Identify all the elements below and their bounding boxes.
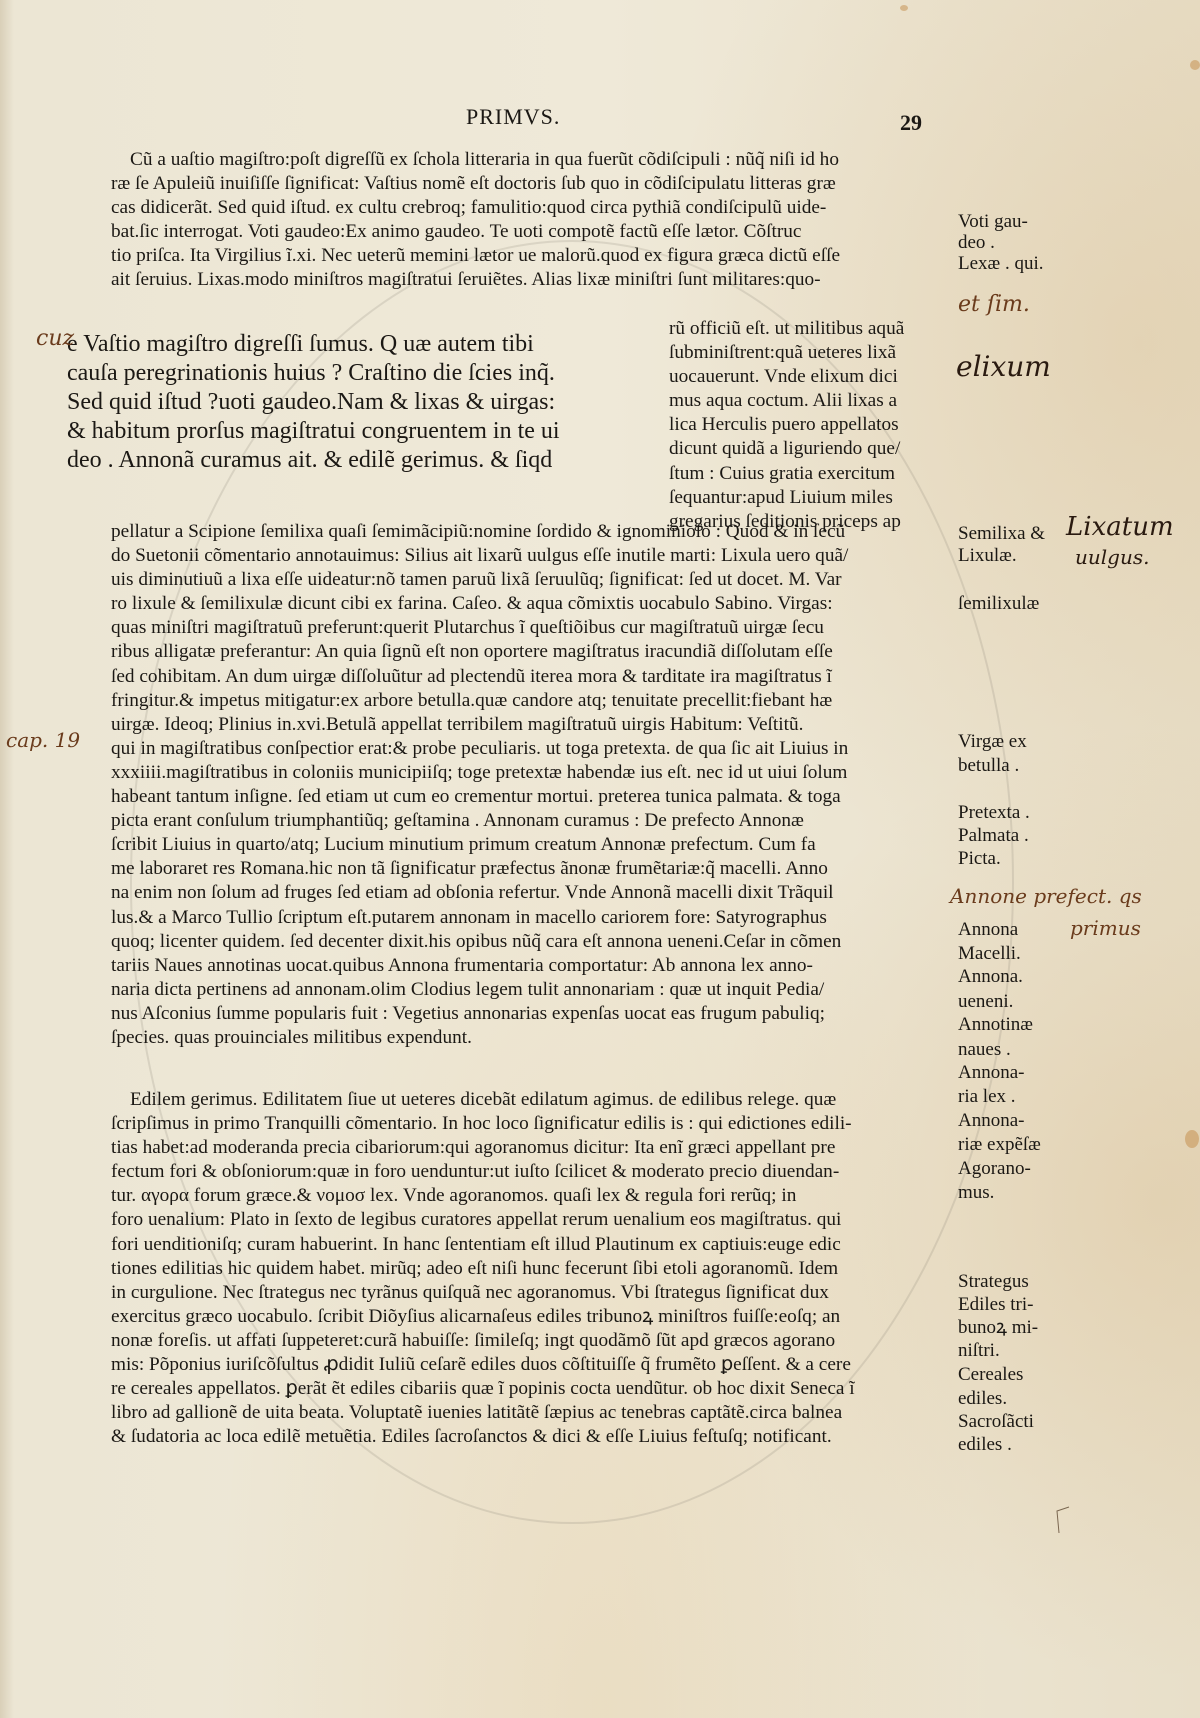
text-line: xxxiiii.magiſtratibus in coloniis munici…: [111, 761, 937, 785]
text-line: tias habet:ad moderanda precia cibarioru…: [111, 1136, 937, 1160]
side-note: Ediles tri-: [958, 1295, 1033, 1316]
text-line: ſpecies. quas prouinciales militibus exp…: [111, 1026, 937, 1050]
handwritten-annotation: et ſim.: [958, 292, 1030, 317]
handwritten-annotation: cuz: [36, 326, 74, 351]
side-note: ſemilixulæ: [958, 594, 1039, 615]
foxing-spot: [1190, 60, 1200, 70]
text-line: ait ſeruius. Lixas.modo miniſtros magiſt…: [111, 268, 931, 292]
side-note: Annona-: [958, 1111, 1024, 1132]
text-line: re cereales appellatos. ꝑerãt ẽt ediles …: [111, 1377, 937, 1401]
text-line: quas miniſtri magiſtratuũ preferunt:quer…: [111, 616, 937, 640]
text-line: tariis Naues annotinas uocat.quibus Anno…: [111, 954, 937, 978]
side-note: naues .: [958, 1040, 1011, 1061]
text-line: bat.ſic interrogat. Voti gaudeo:Ex animo…: [111, 220, 931, 244]
text-line: na enim non ſolum ad fruges ſed etiam ad…: [111, 881, 937, 905]
side-note: Picta.: [958, 849, 1001, 870]
commentary-middle: pellatur a Scipione ſemilixa quaſi ſemim…: [111, 520, 937, 1050]
text-line: dicunt quidã a liguriendo que/: [669, 437, 949, 461]
text-line: nus Aſconius ſumme popularis fuit : Vege…: [111, 1002, 937, 1026]
text-line: quoq; licenter quidem. ſed decenter dixi…: [111, 930, 937, 954]
text-line: libro ad gallionẽ de uita beata. Volupta…: [111, 1401, 937, 1425]
text-line: fectum fori & obſoniorum:quæ in foro uen…: [111, 1160, 937, 1184]
side-note: Annona: [958, 920, 1018, 941]
handwritten-annotation: cap. 19: [6, 728, 80, 752]
side-note: Palmata .: [958, 826, 1029, 847]
text-line: ſed cohibitam. An dum uirgæ diſſoluũtur …: [111, 665, 937, 689]
lemma-line: cauſa peregrinationis huius ? Craſtino d…: [67, 359, 662, 388]
side-note: ria lex .: [958, 1087, 1016, 1108]
text-line: ſcripſimus in primo Tranquilli cõmentari…: [111, 1112, 937, 1136]
text-line: uirgæ. Ideoq; Plinius in.xvi.Betulã appe…: [111, 713, 937, 737]
text-line: tur. αγορα forum græce.& νομοσ lex. Vnde…: [111, 1184, 937, 1208]
side-note: Macelli.: [958, 944, 1021, 965]
handwritten-annotation: Lixatum: [1066, 512, 1174, 542]
text-line: qui in magiſtratibus conſpectior erat:& …: [111, 737, 937, 761]
book-page: PRIMVS. 29 Cũ a uaſtio magiſtro:poſt dig…: [0, 0, 1200, 1718]
handwritten-annotation: primus: [1070, 916, 1141, 940]
text-line: ro lixule & ſemilixulæ dicunt cibi ex fa…: [111, 592, 937, 616]
foxing-spot: [1185, 1130, 1199, 1148]
text-line: ræ ſe Apuleiũ inuiſiſſe ſignificat: Vaſt…: [111, 172, 931, 196]
side-note: Annotinæ: [958, 1015, 1033, 1036]
side-note: mus.: [958, 1183, 994, 1204]
text-line: tiones edilitias hic quidem habet. mirũq…: [111, 1257, 937, 1281]
handwritten-annotation: Annone prefect. qs: [950, 884, 1142, 908]
lemma-line: & habitum prorſus magiſtratui congruente…: [67, 417, 662, 446]
text-line: mus aqua coctum. Alii lixas a: [669, 389, 949, 413]
commentary-bottom: Edilem gerimus. Edilitatem ſiue ut ueter…: [111, 1088, 937, 1449]
text-line: & ſudatoria ac loca edilẽ metuẽtia. Edil…: [111, 1425, 937, 1449]
side-note: Voti gau-: [958, 212, 1028, 233]
side-note: Lexæ . qui.: [958, 254, 1044, 275]
side-note: Cereales: [958, 1365, 1023, 1386]
lemma-line: e Vaſtio magiſtro digreſſi ſumus. Q uæ a…: [67, 330, 662, 359]
folio-number: 29: [900, 110, 922, 136]
commentary-narrow-column: rũ officiũ eſt. ut militibus aquã ſubmin…: [669, 317, 949, 534]
side-note: deo .: [958, 233, 995, 254]
side-note: Lixulæ.: [958, 546, 1017, 567]
text-line: rũ officiũ eſt. ut militibus aquã: [669, 317, 949, 341]
text-line: picta erant conſulum triumphantiũq; geſt…: [111, 809, 937, 833]
text-line: ſcribit Liuius in quarto/atq; Lucium min…: [111, 833, 937, 857]
side-note: bunoꝝ mi-: [958, 1318, 1038, 1339]
text-line: nonæ foreſis. ut affati ſuppeteret:curã …: [111, 1329, 937, 1353]
text-line: tio priſca. Ita Virgilius ĩ.xi. Nec uete…: [111, 244, 931, 268]
lemma-line: Sed quid iſtud ?uoti gaudeo.Nam & lixas …: [67, 388, 662, 417]
text-line: exercitus græco uocabulo. ſcribit Diõyſi…: [111, 1305, 937, 1329]
text-line: in curgulione. Nec ſtrategus nec tyrãnus…: [111, 1281, 937, 1305]
text-line: naria dicta pertinens ad annonam.olim Cl…: [111, 978, 937, 1002]
side-note: Annona-: [958, 1063, 1024, 1084]
side-note: Sacroſãcti: [958, 1412, 1034, 1433]
commentary-top: Cũ a uaſtio magiſtro:poſt digreſſũ ex ſc…: [111, 148, 931, 293]
text-line: mis: Põponius iuriſcõſultus ꝓdidit Iuliũ…: [111, 1353, 937, 1377]
text-line: uis diminutiuũ a lixa eſſe uideatur:nõ t…: [111, 568, 937, 592]
running-head: PRIMVS.: [466, 104, 560, 130]
text-line: ribus alligatæ preferantur: An quia ſign…: [111, 640, 937, 664]
side-note: Virgæ ex: [958, 732, 1027, 753]
handwritten-annotation: uulgus.: [1075, 545, 1149, 569]
text-line: habeant tantum inſigne. ſed etiam ut cum…: [111, 785, 937, 809]
foxing-spot: [900, 5, 908, 11]
side-note: Agorano-: [958, 1159, 1031, 1180]
text-line: Edilem gerimus. Edilitatem ſiue ut ueter…: [111, 1088, 937, 1112]
side-note: Annona.: [958, 967, 1023, 988]
side-note: ueneni.: [958, 992, 1013, 1013]
side-note: ediles .: [958, 1435, 1012, 1456]
side-note: Strategus: [958, 1272, 1029, 1293]
text-line: uocauerunt. Vnde elixum dici: [669, 365, 949, 389]
side-note: riæ expẽſæ: [958, 1135, 1041, 1156]
text-line: ſtum : Cuius gratia exercitum: [669, 462, 949, 486]
lemma-line: deo . Annonã curamus ait. & edilẽ gerimu…: [67, 446, 662, 475]
lemma-text-block: e Vaſtio magiſtro digreſſi ſumus. Q uæ a…: [67, 330, 662, 475]
side-note: ediles.: [958, 1389, 1007, 1410]
text-line: me laboraret res Romana.hic non tã ſigni…: [111, 857, 937, 881]
text-line: ſequantur:apud Liuium miles: [669, 486, 949, 510]
text-line: fori uenditioniſq; curam habuerint. In h…: [111, 1233, 937, 1257]
text-line: do Suetonii cõmentario annotauimus: Sili…: [111, 544, 937, 568]
side-note: betulla .: [958, 756, 1019, 777]
side-note: Semilixa &: [958, 524, 1045, 545]
text-line: cas didicerãt. Sed quid iſtud. ex cultu …: [111, 196, 931, 220]
text-line: fringitur.& impetus mitigatur:ex arbore …: [111, 689, 937, 713]
pen-mark-icon: [1055, 1505, 1075, 1535]
handwritten-annotation: elixum: [956, 350, 1051, 383]
text-line: lica Herculis puero appellatos: [669, 413, 949, 437]
text-line: lus.& a Marco Tullio ſcriptum eſt.putare…: [111, 906, 937, 930]
text-line: pellatur a Scipione ſemilixa quaſi ſemim…: [111, 520, 937, 544]
text-line: ſubminiſtrent:quã ueteres lixã: [669, 341, 949, 365]
text-line: Cũ a uaſtio magiſtro:poſt digreſſũ ex ſc…: [111, 148, 931, 172]
side-note: niſtri.: [958, 1341, 1000, 1362]
side-note: Pretexta .: [958, 803, 1030, 824]
text-line: foro uenalium: Plato in ſexto de legibus…: [111, 1208, 937, 1232]
